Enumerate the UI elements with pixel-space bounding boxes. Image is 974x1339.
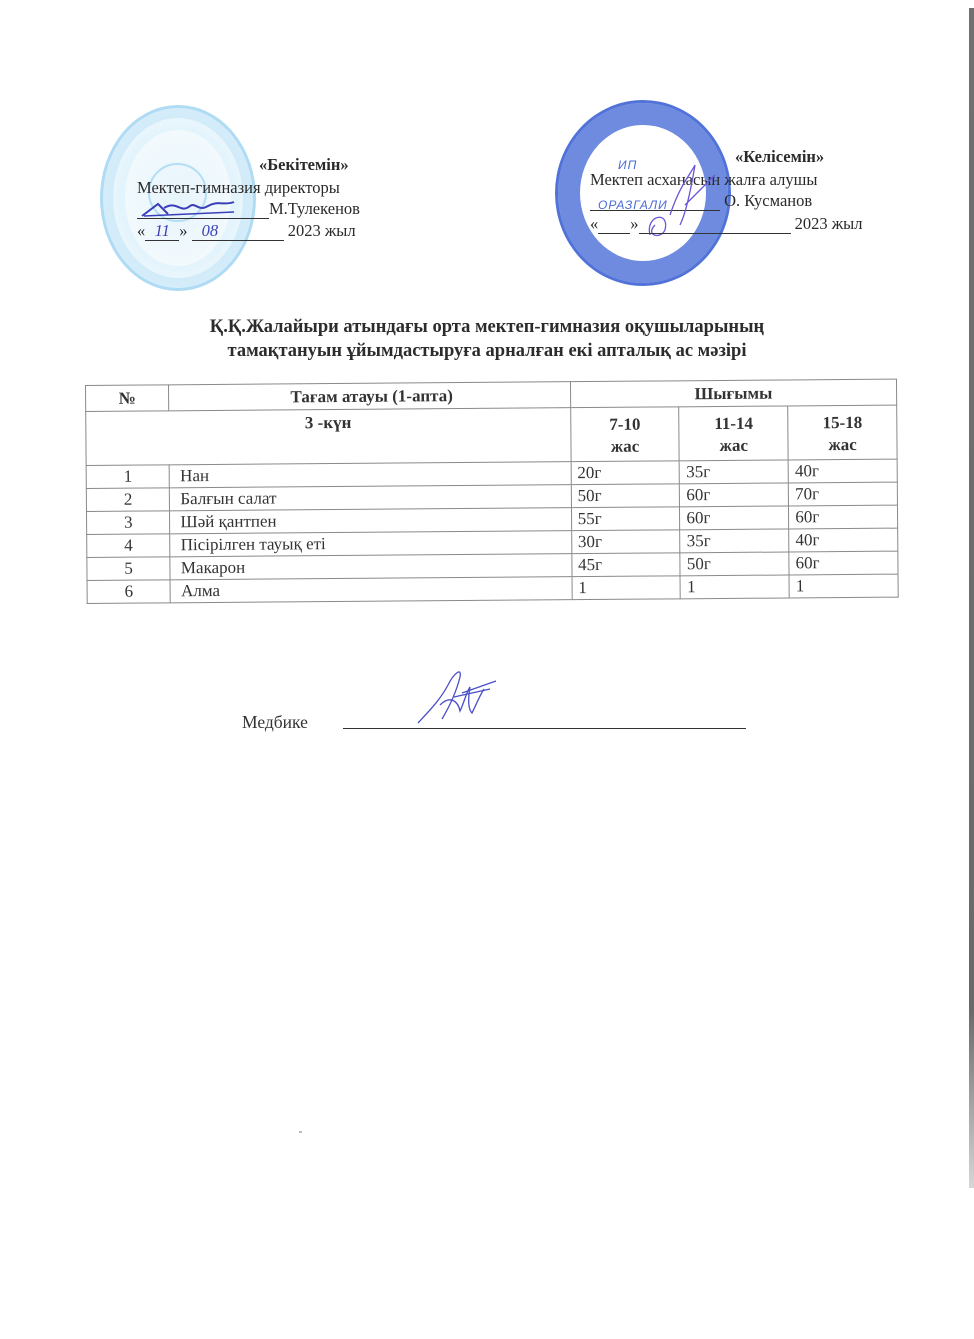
approve-right-date-line: « » 2023 жыл: [590, 216, 862, 234]
approve-right-heading: «Келісемін»: [735, 149, 824, 166]
row-yield-7-10: 30г: [571, 530, 680, 554]
row-yield-15-18: 40г: [789, 528, 898, 552]
header-dish-name: Тағам атауы (1-апта): [169, 382, 570, 411]
row-number: 2: [86, 488, 170, 512]
header-yield: Шығымы: [570, 379, 897, 408]
row-yield-11-14: 1: [680, 575, 789, 599]
row-number: 6: [87, 580, 171, 604]
nurse-signature-icon: [410, 665, 500, 727]
approve-left-name: М.Тулекенов: [269, 199, 360, 218]
row-yield-15-18: 40г: [788, 459, 897, 483]
row-yield-7-10: 45г: [572, 553, 681, 577]
menu-table: № Тағам атауы (1-апта) Шығымы 3 -күн 7-1…: [85, 379, 899, 604]
approve-left-month: 08: [192, 223, 284, 241]
row-dish: Макарон: [170, 554, 571, 580]
row-number: 1: [86, 465, 170, 489]
approve-right-month-blank: [639, 216, 791, 234]
row-yield-11-14: 50г: [680, 552, 789, 576]
approve-left-position: Мектеп-гимназия директоры: [137, 180, 340, 197]
row-yield-15-18: 60г: [789, 551, 898, 575]
row-yield-15-18: 60г: [789, 505, 898, 529]
row-yield-11-14: 35г: [680, 529, 789, 553]
row-number: 3: [86, 511, 170, 535]
row-dish: Шәй қантпен: [170, 508, 571, 534]
header-age-15-18: 15-18жас: [788, 405, 897, 460]
row-dish: Алма: [170, 577, 571, 603]
approve-left-date-line: «11» 08 2023 жыл: [137, 223, 356, 241]
row-yield-11-14: 60г: [680, 506, 789, 530]
document-title-line1: Қ.Қ.Жалайыри атындағы орта мектеп-гимназ…: [0, 316, 974, 338]
row-yield-15-18: 1: [789, 574, 898, 598]
approve-left-heading: «Бекітемін»: [259, 157, 349, 174]
date-open-quote-right: «: [590, 214, 598, 233]
row-yield-7-10: 50г: [571, 484, 680, 508]
approve-right-name: О. Кусманов: [724, 191, 812, 210]
director-signature-icon: [138, 196, 238, 222]
row-yield-11-14: 35г: [680, 460, 789, 484]
date-close-quote-right: »: [630, 214, 638, 233]
row-yield-7-10: 1: [572, 576, 681, 600]
header-day: 3 -күн: [86, 408, 571, 466]
header-number: №: [86, 385, 170, 412]
header-age-7-10: 7-10жас: [570, 407, 679, 462]
approve-right-year: 2023 жыл: [795, 214, 863, 233]
row-dish: Пісірілген тауық еті: [170, 531, 571, 557]
approve-right-day-blank: [598, 216, 630, 234]
date-open-quote: «: [137, 221, 145, 240]
approve-left-year: 2023 жыл: [288, 221, 356, 240]
row-number: 5: [87, 557, 171, 581]
row-number: 4: [87, 534, 171, 558]
scan-edge-shadow: [969, 8, 974, 1188]
nurse-signature-line: [343, 728, 746, 729]
document-title-line2: тамақтануын ұйымдастыруға арналған екі а…: [0, 340, 974, 362]
row-yield-7-10: 55г: [571, 507, 680, 531]
header-age-11-14: 11-14жас: [679, 406, 788, 461]
scan-speck: [299, 1131, 302, 1133]
nurse-label: Медбике: [242, 712, 308, 733]
row-yield-7-10: 20г: [571, 461, 680, 485]
row-dish: Балғын салат: [170, 485, 571, 511]
table-subheader-row: 3 -күн 7-10жас 11-14жас 15-18жас: [86, 405, 897, 465]
approve-left-day: 11: [145, 223, 179, 241]
row-dish: Нан: [170, 462, 571, 488]
date-close-quote: »: [179, 221, 187, 240]
row-yield-15-18: 70г: [789, 482, 898, 506]
row-yield-11-14: 60г: [680, 483, 789, 507]
